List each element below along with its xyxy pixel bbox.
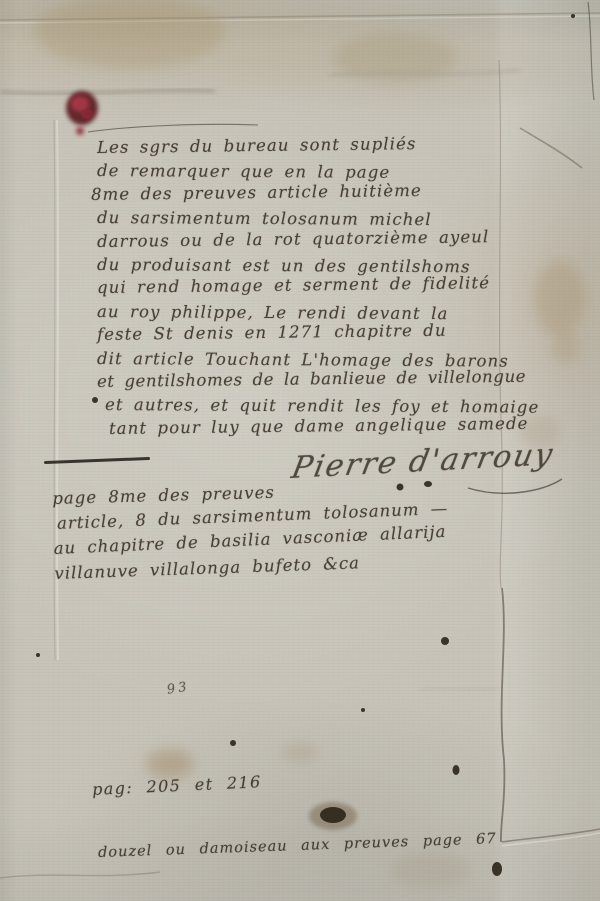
manuscript-line: et gentilshomes de la banlieue de villel… [97, 364, 547, 393]
manuscript-line: feste St denis en 1271 chapitre du [97, 318, 547, 347]
manuscript-line: qui rend homage et serment de fidelité [97, 271, 547, 300]
manuscript-photo: Les sgrs du bureau sont supliés de remar… [0, 0, 600, 901]
reference-note-block: page 8me des preuves article, 8 du sarsi… [52, 475, 450, 586]
ink-rule [44, 457, 150, 464]
manuscript-line: tant pour luy que dame angelique samede [109, 411, 547, 440]
main-note-block: Les sgrs du bureau sont supliés de remar… [97, 136, 547, 440]
stray-ink-mark: 93 [166, 679, 191, 697]
page-reference: pag: 205 et 216 [92, 772, 262, 799]
manuscript-line: 8me des preuves article huitième [91, 177, 547, 206]
manuscript-line: Les sgrs du bureau sont supliés [97, 131, 547, 160]
bottom-note: douzel ou damoiseau aux preuves page 67 [98, 831, 497, 861]
wax-seal-spot [66, 91, 98, 135]
manuscript-line: darrous ou de la rot quatorzième ayeul [97, 224, 547, 253]
stray-ink-stroke [88, 124, 258, 132]
signature-flourish [468, 479, 562, 493]
